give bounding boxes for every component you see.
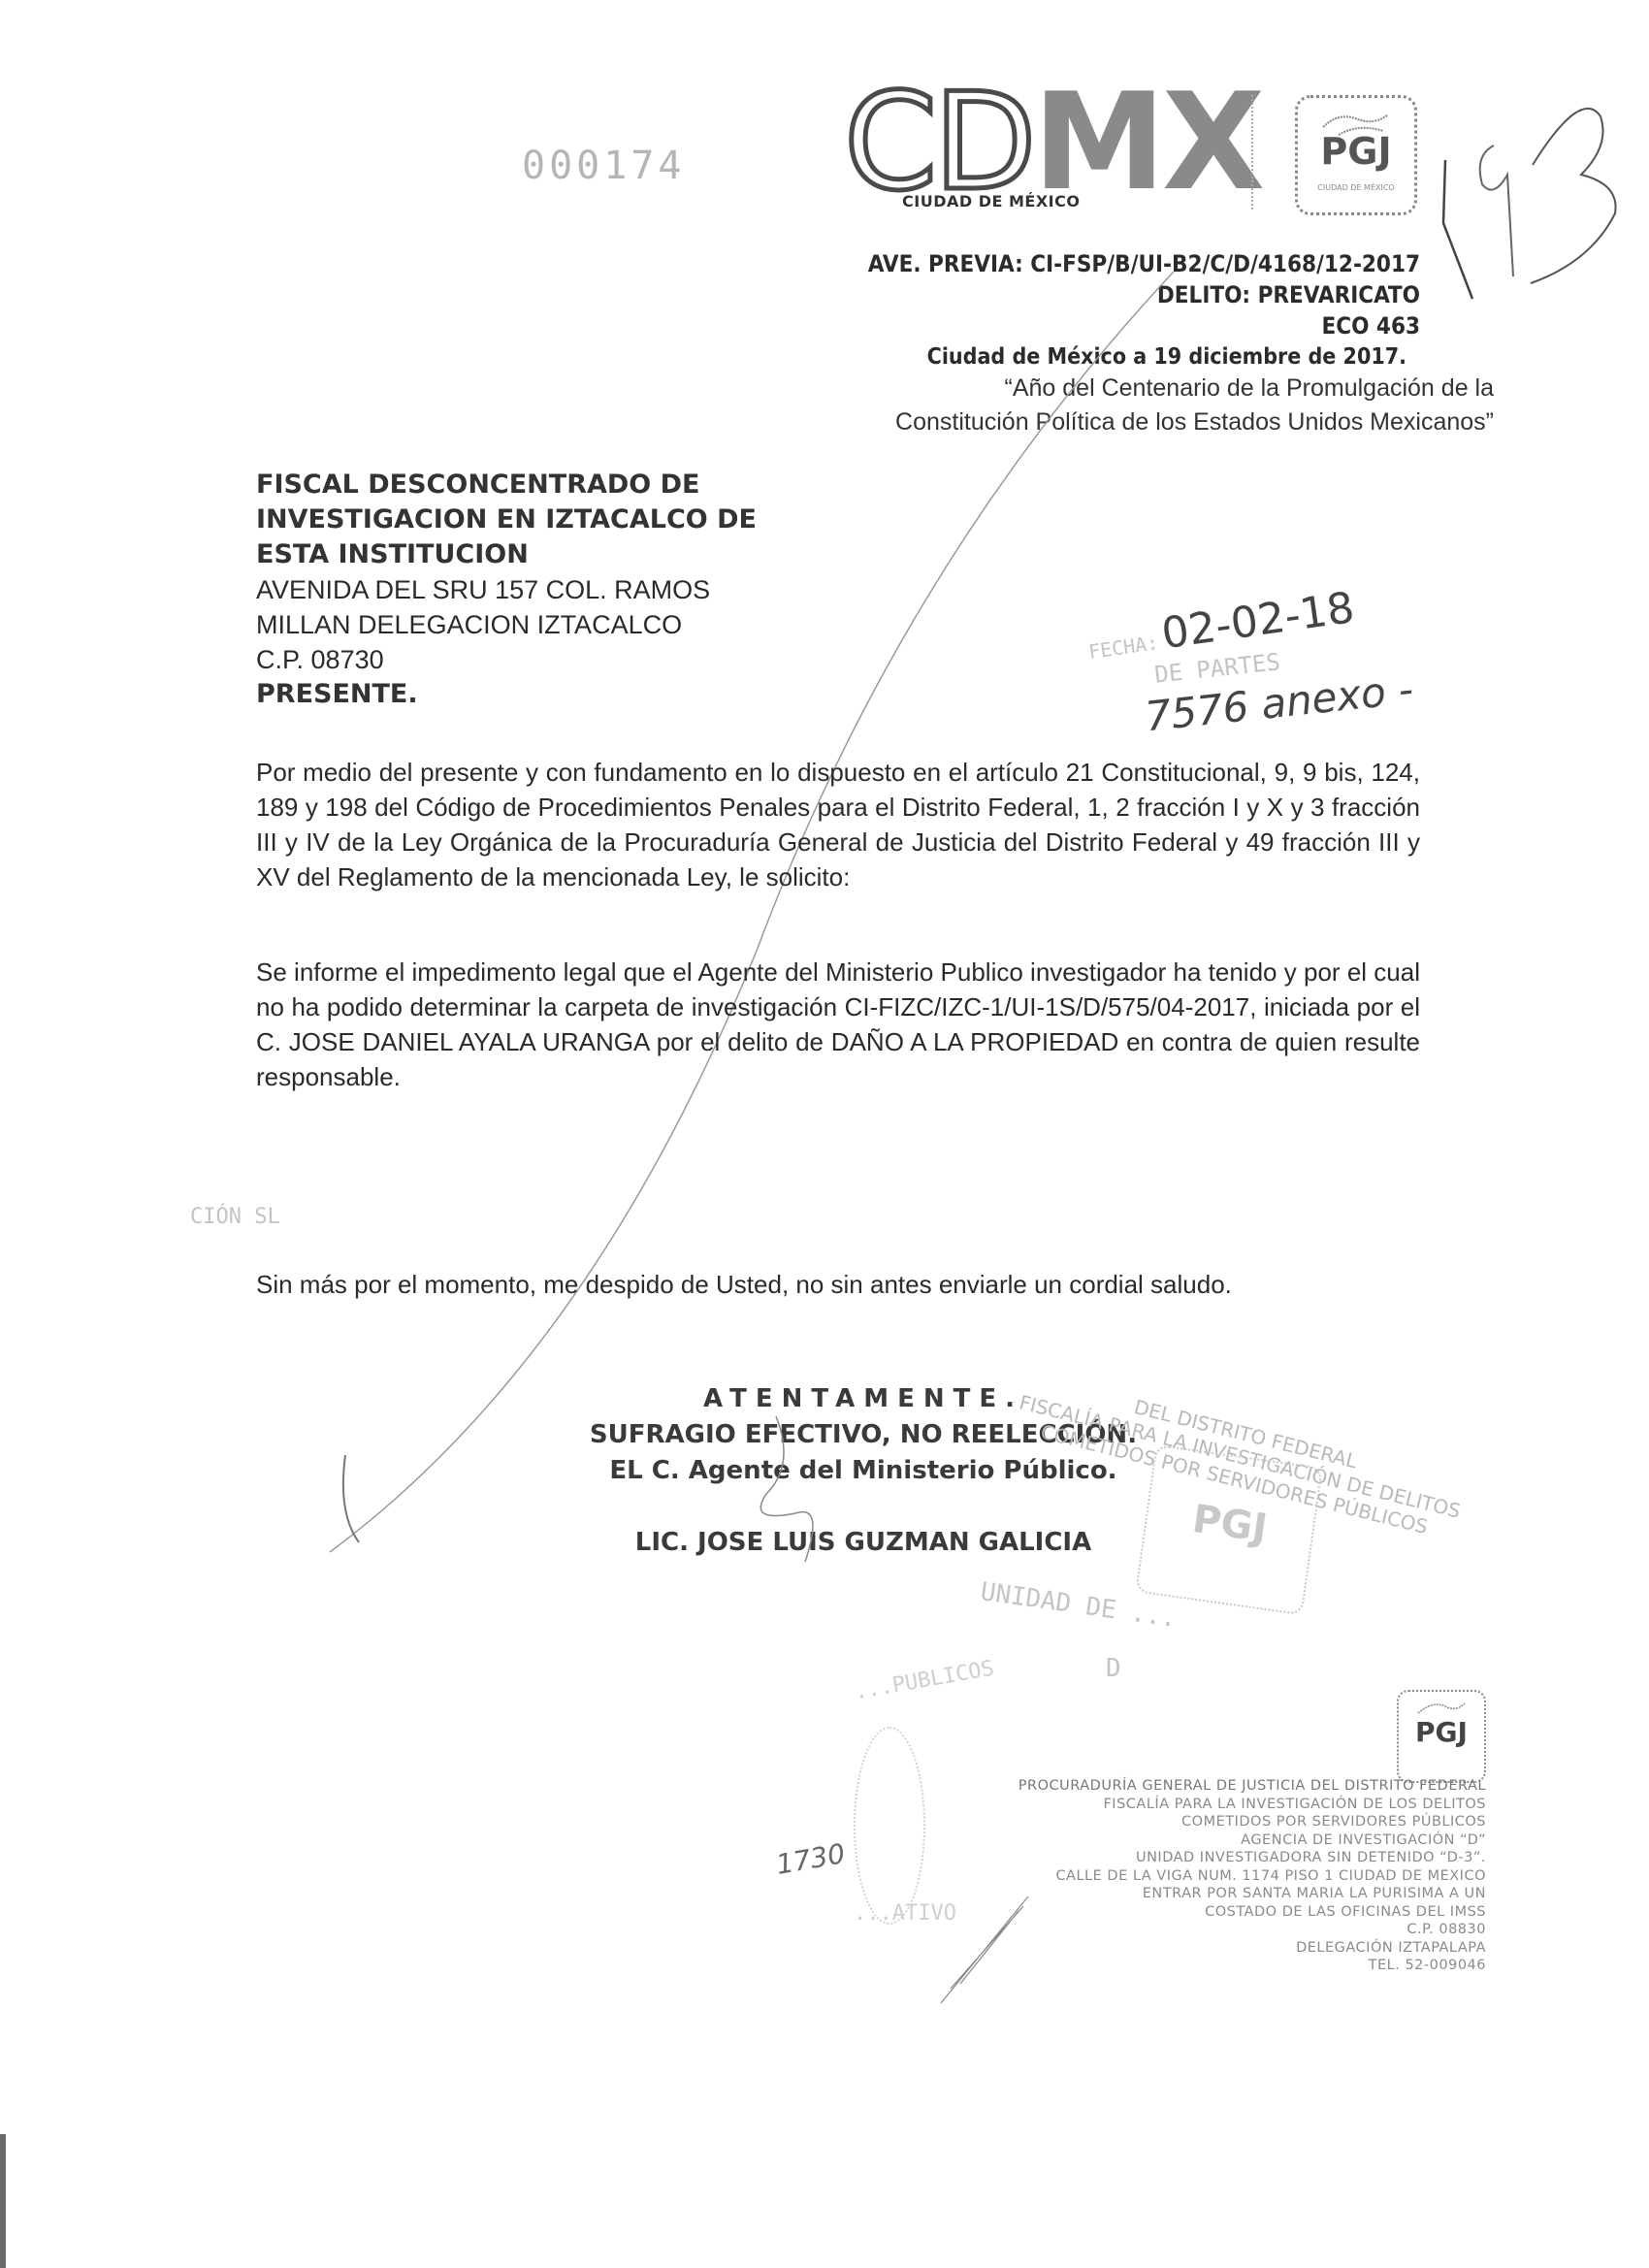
footer-pgj-wave-icon xyxy=(1414,1700,1469,1721)
footer-line-3: COMETIDOS POR SERVIDORES PÚBLICOS xyxy=(1018,1813,1486,1831)
official-stamp-badge-text: PGJ xyxy=(1145,1490,1314,1557)
footer-line-4: AGENCIA DE INVESTIGACIÓN “D” xyxy=(1018,1831,1486,1850)
footer-line-2: FISCALÍA PARA LA INVESTIGACIÓN DE LOS DE… xyxy=(1018,1796,1486,1814)
received-stamp-fragment-1: ...PUBLICOS xyxy=(853,1657,996,1705)
folio-number: 000174 xyxy=(522,144,686,188)
footer-line-1: PROCURADURÍA GENERAL DE JUSTICIA DEL DIS… xyxy=(1018,1777,1486,1796)
footer-line-7: ENTRAR POR SANTA MARIA LA PURISIMA A UN xyxy=(1018,1885,1486,1903)
footer-pen-stroke xyxy=(931,1892,1038,2008)
footer-address: PROCURADURÍA GENERAL DE JUSTICIA DEL DIS… xyxy=(1018,1777,1486,1975)
pgj-logo: PGJ CIUDAD DE MÉXICO xyxy=(1295,95,1417,215)
diagonal-pen-stroke xyxy=(320,272,1193,1562)
footer-pgj-text: PGJ xyxy=(1399,1719,1484,1746)
pgj-wave-icon xyxy=(1319,110,1393,139)
crime-label: DELITO: PREVARICATO xyxy=(1157,279,1420,310)
official-stamp-badge: PGJ xyxy=(1135,1444,1323,1616)
logo-divider xyxy=(1251,95,1253,210)
signer-name: LIC. JOSE LUIS GUZMAN GALICIA xyxy=(514,1525,1212,1561)
footer-line-11: TEL. 52-009046 xyxy=(1018,1957,1486,1975)
closing-line: Sin más por el momento, me despido de Us… xyxy=(256,1267,1420,1302)
footer-line-8: COSTADO DE LAS OFICINAS DEL IMSS xyxy=(1018,1903,1486,1922)
margin-stamp-fragment: CIÓN SL xyxy=(190,1205,280,1229)
eco-number: ECO 463 xyxy=(1321,310,1420,341)
body-paragraph-1: Por medio del presente y con fundamento … xyxy=(256,755,1420,894)
pgj-logo-subtitle: CIUDAD DE MÉXICO xyxy=(1298,183,1414,192)
cdmx-logo: CDMX xyxy=(844,76,1261,210)
footer-line-9: C.P. 08830 xyxy=(1018,1921,1486,1939)
handwritten-page-number xyxy=(1436,78,1630,310)
body-paragraph-2: Se informe el impedimento legal que el A… xyxy=(256,955,1420,1094)
received-number: 1730 xyxy=(774,1837,848,1881)
footer-line-10: DELEGACIÓN IZTAPALAPA xyxy=(1018,1939,1486,1958)
signature-scribble xyxy=(737,1407,844,1581)
footer-line-5: UNIDAD INVESTIGADORA SIN DETENIDO “D-3”. xyxy=(1018,1849,1486,1867)
official-stamp-letter: D xyxy=(1106,1654,1121,1683)
received-stamp-oval xyxy=(854,1727,925,1925)
cdmx-logo-subtitle: CIUDAD DE MÉXICO xyxy=(902,192,1080,211)
scan-edge xyxy=(0,2134,6,2268)
footer-line-6: CALLE DE LA VIGA NUM. 1174 PISO 1 CIUDAD… xyxy=(1018,1867,1486,1886)
footer-pgj-logo: PGJ xyxy=(1397,1690,1486,1783)
